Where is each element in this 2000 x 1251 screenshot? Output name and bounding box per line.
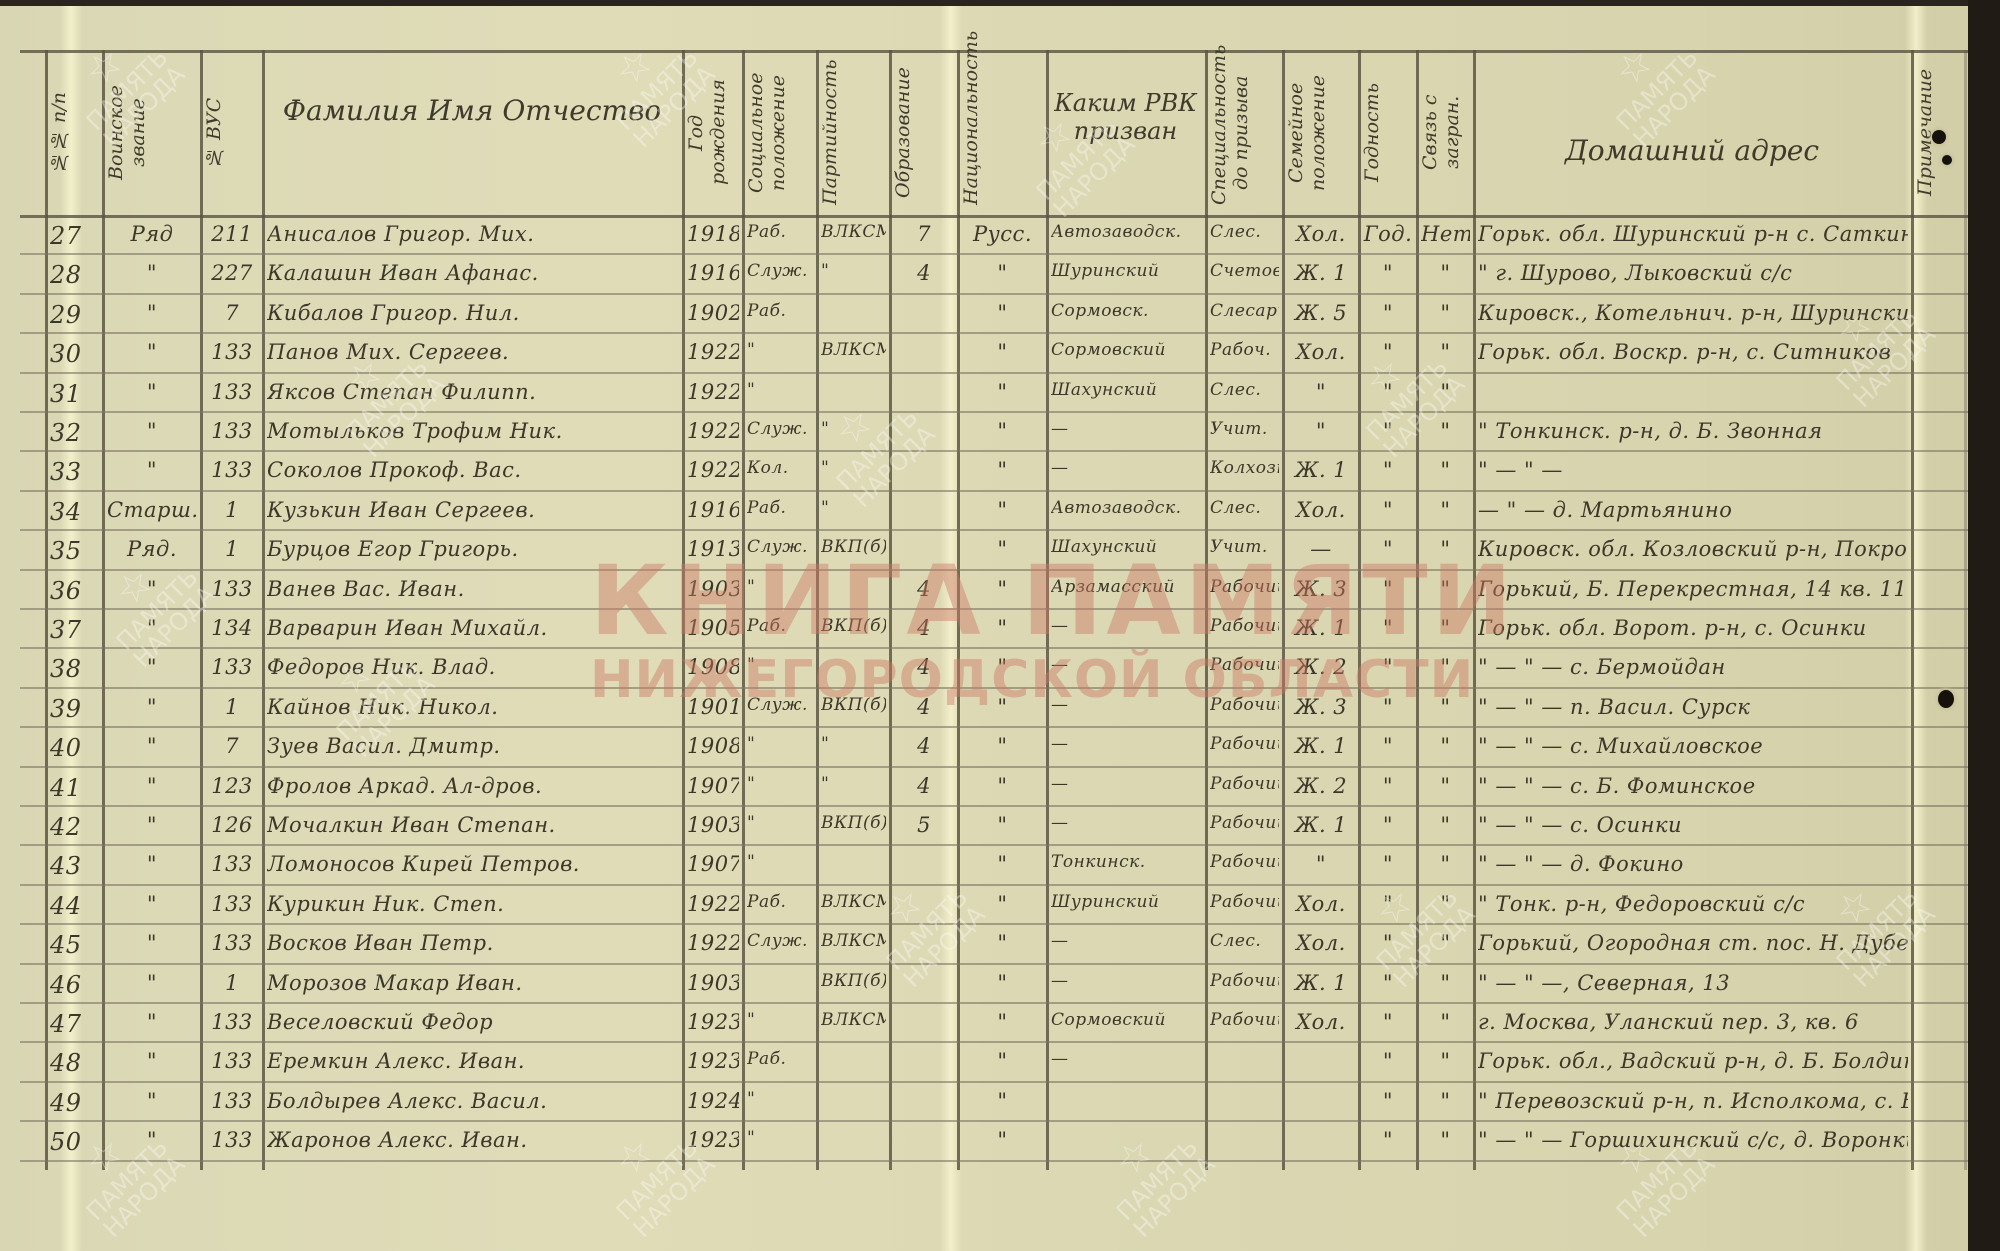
cell-rank: "	[107, 695, 197, 719]
cell-rank: "	[107, 1049, 197, 1073]
cell-health: "	[1363, 301, 1413, 325]
cell-spec: Рабочий	[1210, 1010, 1279, 1030]
cell-num: 27	[50, 222, 99, 250]
cell-rvk: Тонкинск.	[1051, 852, 1202, 872]
cell-spec: Слес.	[1210, 380, 1279, 400]
row-divider	[20, 293, 1968, 295]
cell-health: "	[1363, 458, 1413, 482]
cell-num: 44	[50, 892, 99, 920]
watermark-subtitle: НИЖЕГОРОДСКОЙ ОБЛАСТИ	[590, 650, 1410, 710]
watermark-title: КНИГА ПАМЯТИ	[590, 545, 1410, 657]
cell-address: " — " —, Северная, 13	[1478, 971, 1908, 995]
cell-rvk: —	[1051, 1049, 1202, 1069]
cell-health: "	[1363, 261, 1413, 285]
cell-social: "	[747, 380, 813, 400]
watermark-pamyat-naroda: ☆ПАМЯТЬНАРОДА	[584, 1106, 719, 1241]
cell-social: "	[747, 774, 813, 794]
watermark-pamyat-naroda: ☆ПАМЯТЬНАРОДА	[1084, 1106, 1219, 1241]
cell-address: Горьк. обл. Ворот. р-н, с. Осинки	[1478, 616, 1908, 640]
cell-spec: Учит.	[1210, 419, 1279, 439]
cell-family: "	[1287, 852, 1355, 876]
cell-address: " — " — с. Осинки	[1478, 813, 1908, 837]
cell-name: Зуев Васил. Дмитр.	[267, 734, 679, 758]
cell-num: 40	[50, 734, 99, 762]
cell-nat: "	[962, 419, 1043, 443]
cell-rank: "	[107, 261, 197, 285]
cell-name: Мотыльков Трофим Ник.	[267, 419, 679, 443]
cell-social: "	[747, 340, 813, 360]
cell-spec: Рабочий	[1210, 892, 1279, 912]
cell-num: 31	[50, 380, 99, 408]
row-divider	[20, 372, 1968, 374]
cell-address: " Тонкинск. р-н, д. Б. Звонная	[1478, 419, 1908, 443]
punch-hole	[1932, 130, 1946, 144]
cell-name: Соколов Прокоф. Вас.	[267, 458, 679, 482]
cell-social: Раб.	[747, 892, 813, 912]
cell-vus: 133	[205, 931, 259, 955]
cell-year: 1907	[687, 852, 739, 876]
cell-num: 47	[50, 1010, 99, 1038]
cell-social: Служ.	[747, 931, 813, 951]
cell-health: "	[1363, 774, 1413, 798]
cell-spec: Рабочий	[1210, 971, 1279, 991]
row-divider	[20, 1002, 1968, 1004]
cell-nat: "	[962, 380, 1043, 404]
cell-link: "	[1421, 1049, 1470, 1073]
cell-address: г. Москва, Уланский пер. 3, кв. 6	[1478, 1010, 1908, 1034]
cell-party: ВКП(б)	[821, 971, 886, 991]
cell-spec: Счетовод	[1210, 261, 1279, 281]
column-header-health: Годность	[1362, 60, 1412, 205]
cell-name: Болдырев Алекс. Васил.	[267, 1089, 679, 1113]
cell-spec: Рабочий	[1210, 734, 1279, 754]
cell-party: "	[821, 261, 886, 281]
cell-vus: 133	[205, 458, 259, 482]
cell-rvk: —	[1051, 419, 1202, 439]
cell-rvk: Шуринский	[1051, 261, 1202, 281]
cell-family: Ж. 1	[1287, 971, 1355, 995]
cell-num: 33	[50, 458, 99, 486]
cell-social: Раб.	[747, 301, 813, 321]
cell-link: "	[1421, 813, 1470, 837]
cell-vus: 123	[205, 774, 259, 798]
cell-rvk: —	[1051, 734, 1202, 754]
cell-year: 1923	[687, 1010, 739, 1034]
cell-family: Ж. 1	[1287, 813, 1355, 837]
cell-year: 1903	[687, 971, 739, 995]
row-divider	[20, 1120, 1968, 1122]
cell-social: "	[747, 1128, 813, 1148]
cell-spec: Рабоч.	[1210, 340, 1279, 360]
cell-vus: 133	[205, 892, 259, 916]
cell-vus: 133	[205, 1010, 259, 1034]
cell-nat: "	[962, 813, 1043, 837]
row-divider	[20, 411, 1968, 413]
cell-year: 1922	[687, 340, 739, 364]
cell-nat: "	[962, 261, 1043, 285]
cell-rvk: Шуринский	[1051, 892, 1202, 912]
cell-family: Ж. 1	[1287, 734, 1355, 758]
cell-num: 46	[50, 971, 99, 999]
cell-vus: 133	[205, 1128, 259, 1152]
cell-rank: "	[107, 301, 197, 325]
cell-year: 1918	[687, 222, 739, 246]
row-divider	[20, 923, 1968, 925]
cell-num: 32	[50, 419, 99, 447]
cell-rank: "	[107, 340, 197, 364]
cell-name: Ломоносов Кирей Петров.	[267, 852, 679, 876]
cell-link: "	[1421, 1128, 1470, 1152]
cell-num: 29	[50, 301, 99, 329]
cell-social: Раб.	[747, 1049, 813, 1069]
cell-address: Горьк. обл., Вадский р-н, д. Б. Болдино	[1478, 1049, 1908, 1073]
cell-address: " Перевозский р-н, п. Исполкома, с. Б. Г…	[1478, 1089, 1908, 1113]
cell-edu: 7	[894, 222, 954, 246]
cell-vus: 133	[205, 419, 259, 443]
column-header-vus: № ВУС	[204, 60, 258, 205]
cell-vus: 7	[205, 734, 259, 758]
column-header-edu: Образование	[893, 60, 953, 205]
row-divider	[20, 253, 1968, 255]
cell-nat: "	[962, 1010, 1043, 1034]
cell-rank: "	[107, 1089, 197, 1113]
cell-num: 39	[50, 695, 99, 723]
cell-address: Горький, Б. Перекрестная, 14 кв. 11	[1478, 577, 1908, 601]
row-divider	[20, 884, 1968, 886]
row-divider	[20, 726, 1968, 728]
cell-rank: "	[107, 774, 197, 798]
cell-social: Служ.	[747, 261, 813, 281]
cell-year: 1922	[687, 419, 739, 443]
cell-party: ВЛКСМ	[821, 1010, 886, 1030]
cell-vus: 1	[205, 537, 259, 561]
cell-rank: "	[107, 380, 197, 404]
cell-num: 41	[50, 774, 99, 802]
cell-vus: 133	[205, 380, 259, 404]
cell-rvk: Автозаводск.	[1051, 498, 1202, 518]
cell-num: 42	[50, 813, 99, 841]
cell-spec: Слес.	[1210, 498, 1279, 518]
cell-vus: 211	[205, 222, 259, 246]
cell-edu: 4	[894, 261, 954, 285]
cell-rvk: Шахунский	[1051, 380, 1202, 400]
cell-vus: 1	[205, 695, 259, 719]
cell-health: "	[1363, 1089, 1413, 1113]
cell-year: 1908	[687, 734, 739, 758]
cell-social: "	[747, 813, 813, 833]
row-divider	[20, 1081, 1968, 1083]
cell-link: "	[1421, 301, 1470, 325]
cell-family: Хол.	[1287, 892, 1355, 916]
cell-year: 1902	[687, 301, 739, 325]
cell-health: Год.	[1363, 222, 1413, 246]
cell-social: Служ.	[747, 419, 813, 439]
cell-name: Кузькин Иван Сергеев.	[267, 498, 679, 522]
column-header-party: Партийность	[820, 60, 885, 205]
cell-address: " — " — с. Б. Фоминское	[1478, 774, 1908, 798]
cell-name: Курикин Ник. Степ.	[267, 892, 679, 916]
cell-address: " — " — д. Фокино	[1478, 852, 1908, 876]
cell-rank: "	[107, 458, 197, 482]
punch-hole	[1938, 690, 1954, 708]
cell-address: " — " — с. Бермойдан	[1478, 655, 1908, 679]
cell-party: "	[821, 734, 886, 754]
cell-health: "	[1363, 813, 1413, 837]
cell-name: Восков Иван Петр.	[267, 931, 679, 955]
cell-link: Нет	[1421, 222, 1470, 246]
watermark-pamyat-naroda: ☆ПАМЯТЬНАРОДА	[1584, 16, 1719, 151]
watermark-pamyat-naroda: ☆ПАМЯТЬНАРОДА	[1584, 1106, 1719, 1241]
cell-name: Мочалкин Иван Степан.	[267, 813, 679, 837]
cell-rvk: Сормовск.	[1051, 301, 1202, 321]
cell-year: 1916	[687, 261, 739, 285]
cell-spec: Слесарь	[1210, 301, 1279, 321]
cell-party: "	[821, 774, 886, 794]
cell-nat: "	[962, 971, 1043, 995]
cell-nat: "	[962, 1049, 1043, 1073]
row-divider	[20, 963, 1968, 965]
cell-link: "	[1421, 971, 1470, 995]
cell-health: "	[1363, 1128, 1413, 1152]
cell-vus: 7	[205, 301, 259, 325]
cell-link: "	[1421, 498, 1470, 522]
cell-health: "	[1363, 498, 1413, 522]
cell-family: "	[1287, 419, 1355, 443]
cell-family: Хол.	[1287, 340, 1355, 364]
row-divider	[20, 844, 1968, 846]
cell-health: "	[1363, 1049, 1413, 1073]
row-divider	[20, 215, 1968, 218]
row-divider	[20, 529, 1968, 531]
cell-link: "	[1421, 734, 1470, 758]
cell-family: Ж. 5	[1287, 301, 1355, 325]
row-divider	[20, 805, 1968, 807]
cell-num: 35	[50, 537, 99, 565]
ledger-page: №№ п/пВоинское звание№ ВУСФамилия Имя От…	[0, 0, 1968, 1251]
cell-year: 1922	[687, 892, 739, 916]
cell-party: ВЛКСМ	[821, 222, 886, 242]
cell-rank: "	[107, 734, 197, 758]
cell-year: 1922	[687, 380, 739, 404]
scan-border-right	[1968, 0, 2000, 1251]
cell-rank: "	[107, 813, 197, 837]
cell-rank: "	[107, 419, 197, 443]
cell-name: Анисалов Григор. Мих.	[267, 222, 679, 246]
cell-nat: "	[962, 458, 1043, 482]
cell-social: "	[747, 1010, 813, 1030]
cell-name: Калашин Иван Афанас.	[267, 261, 679, 285]
cell-vus: 133	[205, 340, 259, 364]
cell-vus: 133	[205, 655, 259, 679]
cell-name: Веселовский Федор	[267, 1010, 679, 1034]
cell-nat: "	[962, 734, 1043, 758]
cell-nat: "	[962, 340, 1043, 364]
cell-address: — " — д. Мартьянино	[1478, 498, 1908, 522]
cell-year: 1924	[687, 1089, 739, 1113]
cell-link: "	[1421, 458, 1470, 482]
cell-rvk: Сормовский	[1051, 340, 1202, 360]
cell-nat: "	[962, 301, 1043, 325]
cell-social: "	[747, 734, 813, 754]
cell-num: 37	[50, 616, 99, 644]
cell-vus: 1	[205, 498, 259, 522]
cell-vus: 126	[205, 813, 259, 837]
cell-address: " — " —	[1478, 458, 1908, 482]
cell-vus: 133	[205, 1049, 259, 1073]
cell-spec: Рабочий	[1210, 774, 1279, 794]
cell-rvk: —	[1051, 813, 1202, 833]
cell-rank: "	[107, 852, 197, 876]
cell-spec: Колхозн.	[1210, 458, 1279, 478]
cell-rvk: —	[1051, 458, 1202, 478]
cell-family: Хол.	[1287, 1010, 1355, 1034]
cell-num: 45	[50, 931, 99, 959]
row-divider	[20, 490, 1968, 492]
cell-rvk: Автозаводск.	[1051, 222, 1202, 242]
cell-vus: 1	[205, 971, 259, 995]
cell-party: ВКП(б)	[821, 813, 886, 833]
cell-rvk: —	[1051, 971, 1202, 991]
cell-address: Горьк. обл. Шуринский р-н с. Саткин	[1478, 222, 1908, 246]
column-header-link: Связь с загран.	[1420, 60, 1469, 205]
cell-rvk: —	[1051, 931, 1202, 951]
cell-edu: 4	[894, 734, 954, 758]
cell-name: Еремкин Алекс. Иван.	[267, 1049, 679, 1073]
cell-social: "	[747, 852, 813, 872]
cell-vus: 227	[205, 261, 259, 285]
cell-family: Хол.	[1287, 931, 1355, 955]
cell-num: 28	[50, 261, 99, 289]
cell-name: Панов Мих. Сергеев.	[267, 340, 679, 364]
column-header-social: Социальное положение	[746, 60, 812, 205]
cell-address: " г. Шурово, Лыковский с/с	[1478, 261, 1908, 285]
cell-address: " — " — п. Васил. Сурск	[1478, 695, 1908, 719]
cell-spec: Рабочий	[1210, 813, 1279, 833]
cell-nat: "	[962, 498, 1043, 522]
cell-link: "	[1421, 1089, 1470, 1113]
cell-name: Фролов Аркад. Ал-дров.	[267, 774, 679, 798]
cell-family: Хол.	[1287, 498, 1355, 522]
cell-num: 30	[50, 340, 99, 368]
cell-vus: 133	[205, 1089, 259, 1113]
cell-rank: Старш.	[107, 498, 197, 522]
cell-year: 1907	[687, 774, 739, 798]
cell-family: Ж. 2	[1287, 774, 1355, 798]
cell-spec: Слес.	[1210, 222, 1279, 242]
cell-rank: "	[107, 971, 197, 995]
cell-num: 48	[50, 1049, 99, 1077]
cell-social: "	[747, 1089, 813, 1109]
cell-year: 1916	[687, 498, 739, 522]
cell-vus: 133	[205, 852, 259, 876]
cell-rank: "	[107, 892, 197, 916]
cell-rank: "	[107, 1010, 197, 1034]
column-header-family: Семейное положение	[1286, 60, 1354, 205]
punch-hole	[1942, 155, 1952, 165]
cell-address: " — " — с. Михайловское	[1478, 734, 1908, 758]
cell-nat: "	[962, 774, 1043, 798]
cell-name: Кибалов Григор. Нил.	[267, 301, 679, 325]
cell-nat: "	[962, 1089, 1043, 1113]
row-divider	[20, 1041, 1968, 1043]
cell-num: 38	[50, 655, 99, 683]
cell-family: Ж. 1	[1287, 458, 1355, 482]
cell-link: "	[1421, 261, 1470, 285]
row-divider	[20, 766, 1968, 768]
cell-link: "	[1421, 774, 1470, 798]
cell-name: Морозов Макар Иван.	[267, 971, 679, 995]
cell-rank: Ряд	[107, 222, 197, 246]
cell-nat: "	[962, 1128, 1043, 1152]
cell-year: 1922	[687, 931, 739, 955]
cell-family: Хол.	[1287, 222, 1355, 246]
cell-vus: 134	[205, 616, 259, 640]
cell-family: Ж. 1	[1287, 261, 1355, 285]
cell-health: "	[1363, 1010, 1413, 1034]
cell-rank: "	[107, 931, 197, 955]
cell-social: Раб.	[747, 222, 813, 242]
column-header-spec: Специальность до призыва	[1209, 60, 1278, 205]
row-divider	[20, 332, 1968, 334]
cell-edu: 5	[894, 813, 954, 837]
cell-num: 49	[50, 1089, 99, 1117]
cell-year: 1923	[687, 1049, 739, 1073]
cell-rvk: —	[1051, 774, 1202, 794]
row-divider	[20, 450, 1968, 452]
cell-num: 43	[50, 852, 99, 880]
cell-num: 34	[50, 498, 99, 526]
cell-party: ВЛКСМ	[821, 340, 886, 360]
column-header-address: Домашний адрес	[1483, 135, 1901, 167]
cell-year: 1922	[687, 458, 739, 482]
cell-spec: Слес.	[1210, 931, 1279, 951]
cell-nat: Русс.	[962, 222, 1043, 246]
cell-address: Кировск. обл. Козловский р-н, Покровский…	[1478, 537, 1908, 561]
cell-edu: 4	[894, 774, 954, 798]
cell-rvk: Сормовский	[1051, 1010, 1202, 1030]
cell-nat: "	[962, 852, 1043, 876]
cell-social: Кол.	[747, 458, 813, 478]
cell-health: "	[1363, 734, 1413, 758]
cell-link: "	[1421, 1010, 1470, 1034]
cell-year: 1903	[687, 813, 739, 837]
cell-spec: Рабочий	[1210, 852, 1279, 872]
scan-border-top	[0, 0, 2000, 6]
cell-social: Раб.	[747, 498, 813, 518]
